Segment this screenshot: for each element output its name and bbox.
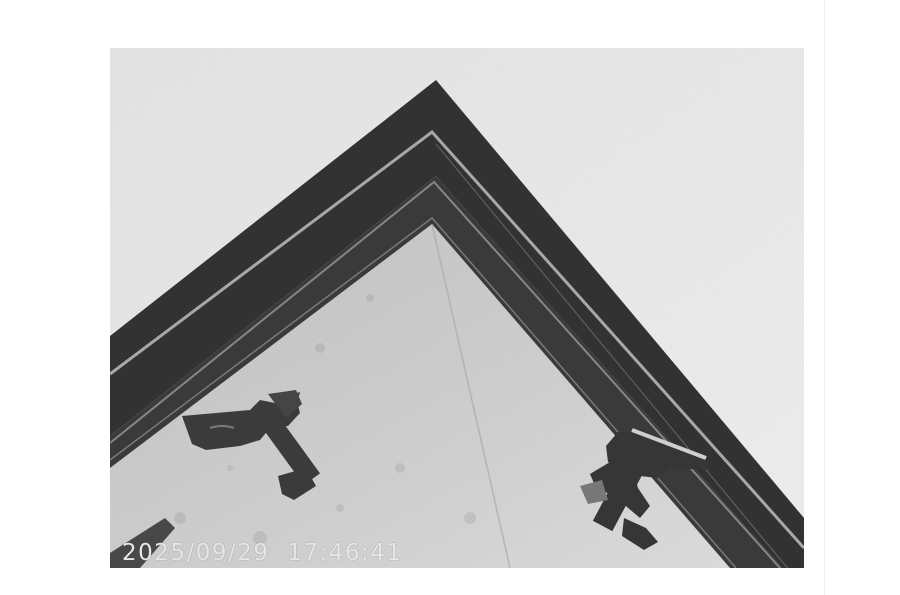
- timestamp-time: 17:46:41: [287, 540, 402, 566]
- camera-photo: 2025/09/29 17:46:41: [110, 48, 804, 568]
- page-edge-line: [824, 0, 825, 595]
- photo-scene: [110, 48, 804, 568]
- timestamp-overlay: 2025/09/29 17:46:41: [122, 540, 403, 566]
- timestamp-date: 2025/09/29: [122, 540, 270, 566]
